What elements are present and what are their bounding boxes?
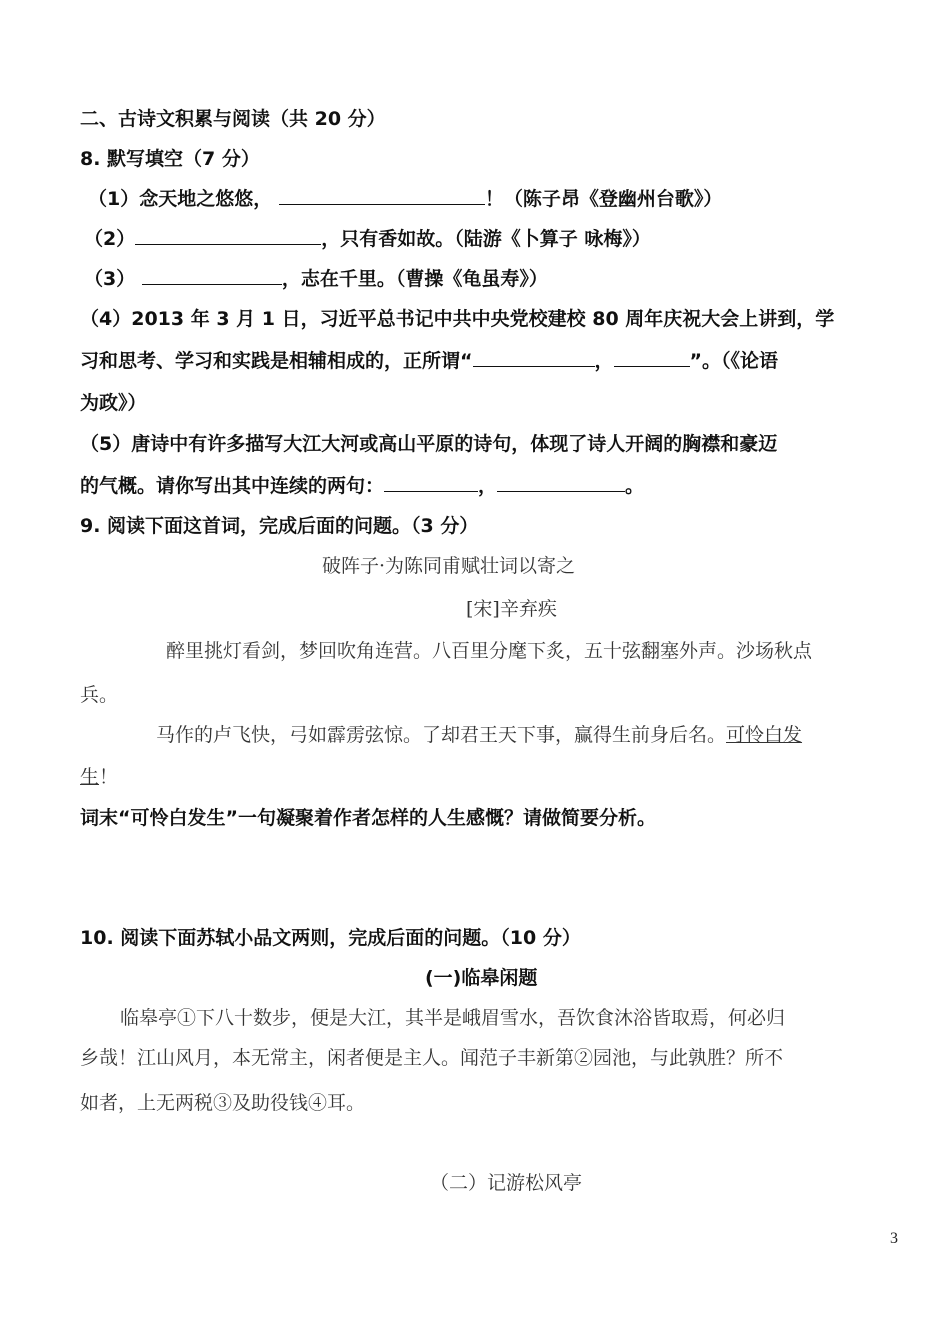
q8-item-3: （3） ，志在千里。（曹操《龟虽寿》） — [84, 266, 898, 292]
q8-item-1: （1）念天地之悠悠， ！（陈子昂《登幽州台歌》） — [88, 186, 898, 212]
item-text: 的气概。请你写出其中连续的两句： — [80, 475, 384, 497]
poem-text: 马作的卢飞快，弓如霹雳弦惊。了却君王天下事，赢得生前身后名。 — [156, 724, 726, 746]
poem-stanza-1-line-1: 醉里挑灯看剑，梦回吹角连营。八百里分麾下炙，五十弦翻塞外声。沙场秋点 — [166, 638, 898, 664]
page-number: 3 — [890, 1230, 898, 1248]
item-number: （2） — [84, 228, 135, 250]
item-source: ”。（《论语 — [690, 350, 779, 372]
poem-stanza-2-line-1: 马作的卢飞快，弓如霹雳弦惊。了却君王天下事，赢得生前身后名。可怜白发 — [156, 722, 898, 748]
q8-item-5-line1: （5）唐诗中有许多描写大江大河或高山平原的诗句，体现了诗人开阔的胸襟和豪迈 — [80, 431, 898, 457]
underlined-phrase: 可怜白发 — [726, 724, 802, 746]
answer-blank[interactable] — [497, 473, 625, 492]
item-number: （1） — [88, 188, 139, 210]
item-number: （4） — [80, 308, 131, 330]
passage-1-line-3: 如者，上无两税③及助役钱④耳。 — [80, 1090, 898, 1116]
question-10-title: 10. 阅读下面苏轼小品文两则，完成后面的问题。（10 分） — [80, 925, 898, 951]
answer-blank[interactable] — [279, 186, 485, 205]
passage-1-line-2: 乡哉！江山风月，本无常主，闲者便是主人。闻范子丰新第②园池，与此孰胜？所不 — [80, 1045, 898, 1071]
answer-blank[interactable] — [384, 473, 478, 492]
item-number: （3） — [84, 268, 135, 290]
item-source: ，只有香如故。（陆游《卜算子 咏梅》） — [321, 228, 651, 250]
answer-blank[interactable] — [614, 348, 690, 367]
item-source: ，志在千里。（曹操《龟虽寿》） — [282, 268, 548, 290]
q8-item-4-line1: （4）2013 年 3 月 1 日，习近平总书记中共中央党校建校 80 周年庆祝… — [80, 306, 898, 332]
item-text: 念天地之悠悠， — [139, 188, 272, 210]
exam-page: 二、古诗文积累与阅读（共 20 分） 8. 默写填空（7 分） （1）念天地之悠… — [0, 0, 950, 1341]
poem-title: 破阵子·为陈同甫赋壮词以寄之 — [322, 553, 898, 579]
item-text: 2013 年 3 月 1 日，习近平总书记中共中央党校建校 80 周年庆祝大会上… — [131, 308, 834, 330]
poem-author: [宋]辛弃疾 — [466, 596, 898, 622]
answer-blank[interactable] — [142, 266, 282, 285]
question-8-title: 8. 默写填空（7 分） — [80, 146, 898, 172]
section-heading: 二、古诗文积累与阅读（共 20 分） — [80, 106, 898, 132]
comma: ， — [478, 475, 497, 497]
poem-stanza-2-line-2: 生！ — [80, 764, 898, 790]
item-text: 唐诗中有许多描写大江大河或高山平原的诗句，体现了诗人开阔的胸襟和豪迈 — [131, 433, 777, 455]
q8-item-4-line2: 习和思考、学习和实践是相辅相成的，正所谓“，”。（《论语 — [80, 348, 898, 374]
poem-text: ！ — [99, 766, 118, 788]
item-number: （5） — [80, 433, 131, 455]
q8-item-4-line3: 为政》） — [80, 390, 898, 416]
poem-stanza-1-line-2: 兵。 — [80, 682, 898, 708]
answer-blank[interactable] — [135, 226, 321, 245]
passage-2-title: （二）记游松风亭 — [430, 1170, 898, 1196]
question-9-title: 9. 阅读下面这首词，完成后面的问题。（3 分） — [80, 513, 898, 539]
question-9-prompt: 词末“可怜白发生”一句凝聚着作者怎样的人生感慨？请做简要分析。 — [80, 805, 898, 831]
period: 。 — [625, 475, 644, 497]
q8-item-2: （2），只有香如故。（陆游《卜算子 咏梅》） — [84, 226, 898, 252]
q8-item-5-line2: 的气概。请你写出其中连续的两句：，。 — [80, 473, 898, 499]
item-text: 习和思考、学习和实践是相辅相成的，正所谓“ — [80, 350, 473, 372]
answer-blank[interactable] — [473, 348, 595, 367]
item-source: ！（陈子昂《登幽州台歌》） — [485, 188, 723, 210]
passage-1-line-1: 临皋亭①下八十数步，便是大江，其半是峨眉雪水，吾饮食沐浴皆取焉，何必归 — [120, 1005, 898, 1031]
underlined-phrase: 生 — [80, 766, 99, 788]
comma: ， — [595, 350, 614, 372]
passage-1-title: (一)临皋闲题 — [425, 965, 898, 991]
